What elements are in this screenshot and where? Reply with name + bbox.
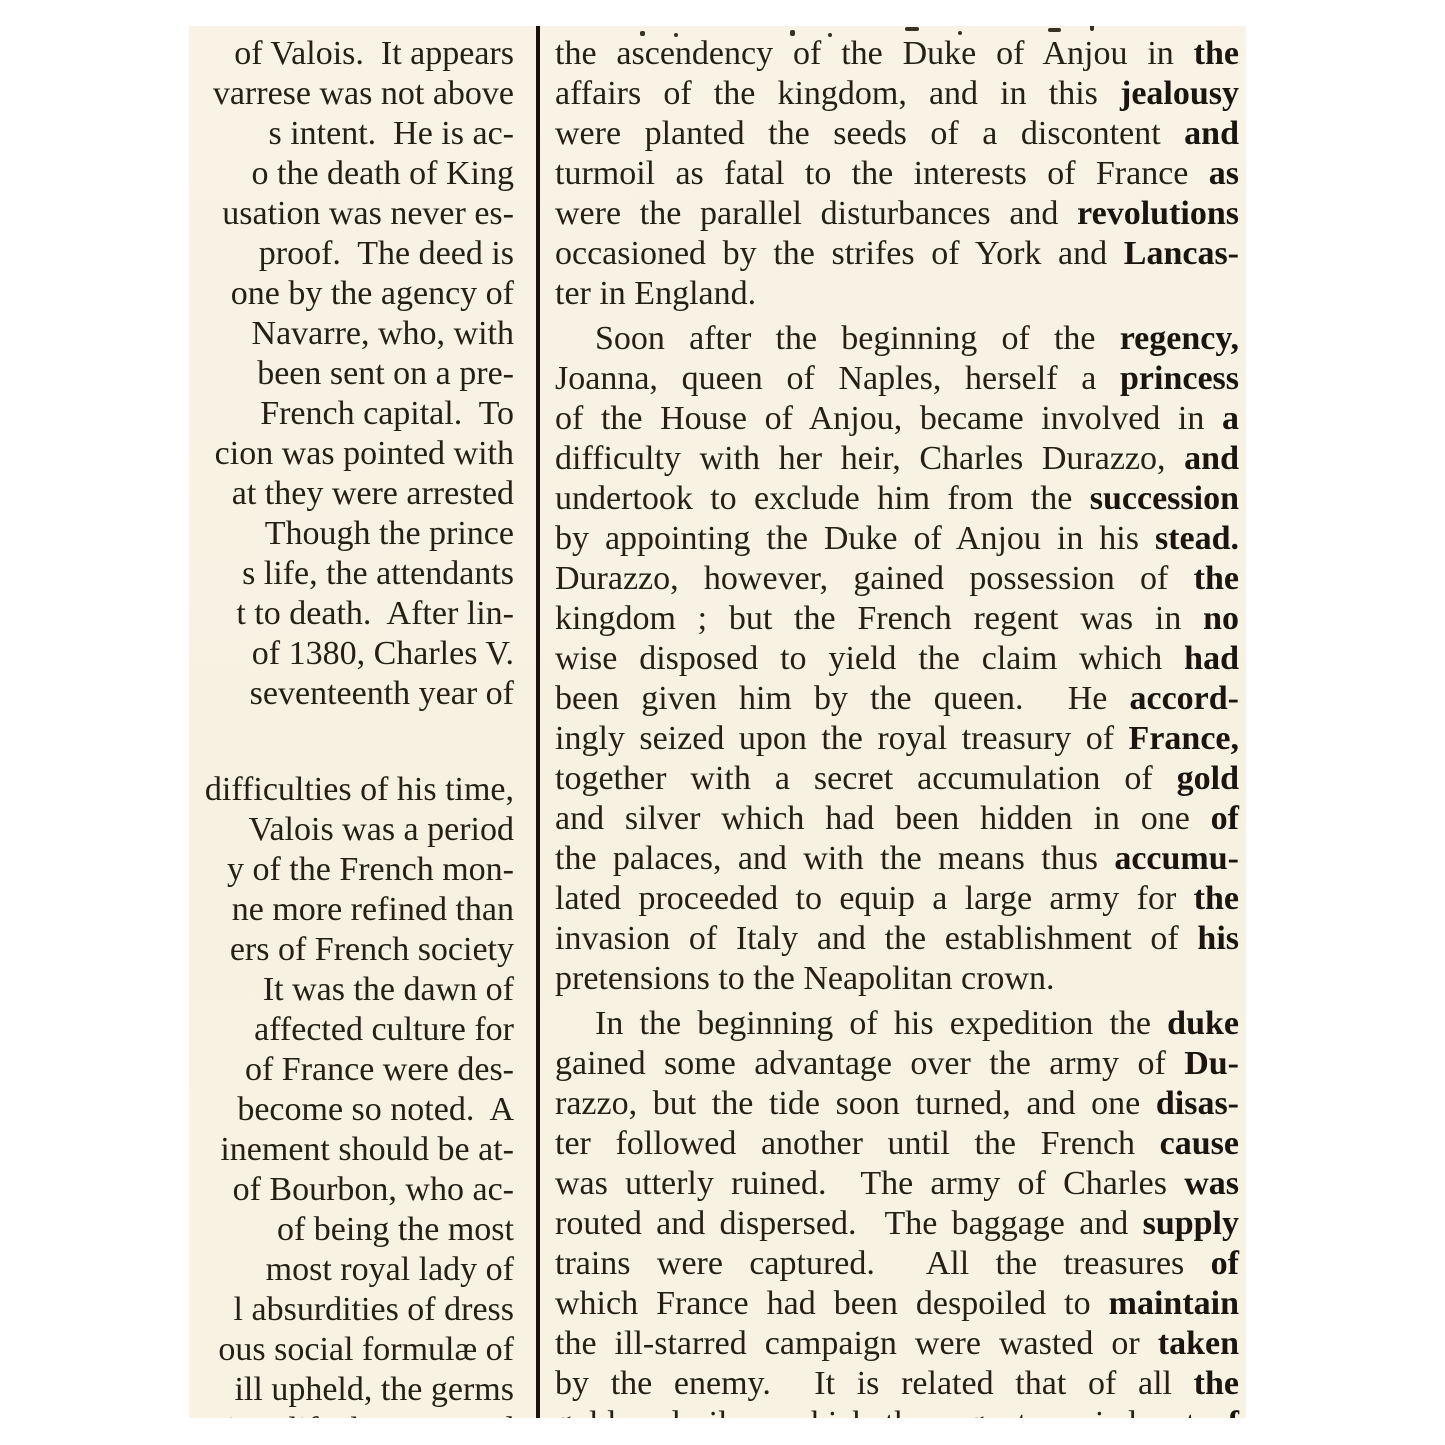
text-line: turmoil as fatal to the interests of Fra…	[555, 154, 1239, 194]
stray-ink-mark	[674, 33, 678, 37]
text-line: ous social formulæ of	[189, 1330, 516, 1370]
text-line: ne more refined than	[189, 890, 516, 930]
text-line: usation was never es-	[189, 194, 516, 234]
text-line: and silver which had been hidden in one …	[555, 799, 1239, 839]
text-line: s life, the attendants	[189, 554, 516, 594]
text-line: It was the dawn of	[189, 970, 516, 1010]
text-line: been sent on a pre-	[189, 354, 516, 394]
text-line: were the parallel disturbances and revol…	[555, 194, 1239, 234]
text-line: difficulty with her heir, Charles Durazz…	[555, 439, 1239, 479]
stray-ink-mark	[1048, 28, 1061, 32]
text-line: Navarre, who, with	[189, 314, 516, 354]
text-line: lated proceeded to equip a large army fo…	[555, 879, 1239, 919]
column-divider-rule	[536, 26, 540, 1418]
text-line: Though the prince	[189, 514, 516, 554]
text-line: of Bourbon, who ac-	[189, 1170, 516, 1210]
text-line: been given him by the queen. He accord-	[555, 679, 1239, 719]
stray-ink-mark	[905, 27, 919, 31]
clipped-text-line: into life, have passed	[189, 1410, 516, 1418]
text-line: of Valois. It appears	[189, 34, 516, 74]
right-text-column: the ascendency of the Duke of Anjou in t…	[555, 34, 1239, 1418]
clipped-text-line: gold and silver which the regent carried…	[555, 1404, 1239, 1418]
text-line: most royal lady of	[189, 1250, 516, 1290]
paragraph: Soon after the beginning of the regency,…	[555, 319, 1239, 999]
text-line: Joanna, queen of Naples, herself a princ…	[555, 359, 1239, 399]
text-line: ter followed another until the French ca…	[555, 1124, 1239, 1164]
text-line: of being the most	[189, 1210, 516, 1250]
text-line: occasioned by the strifes of York and La…	[555, 234, 1239, 274]
text-line: ter in England.	[555, 274, 1239, 314]
stray-ink-mark	[790, 30, 795, 36]
text-line: trains were captured. All the treasures …	[555, 1244, 1239, 1284]
text-line: affairs of the kingdom, and in this jeal…	[555, 74, 1239, 114]
text-line: ers of French society	[189, 930, 516, 970]
text-line: the palaces, and with the means thus acc…	[555, 839, 1239, 879]
text-line: ingly seized upon the royal treasury of …	[555, 719, 1239, 759]
text-line: of the House of Anjou, became involved i…	[555, 399, 1239, 439]
text-line: the ill-starred campaign were wasted or …	[555, 1324, 1239, 1364]
text-line: by appointing the Duke of Anjou in his s…	[555, 519, 1239, 559]
text-line: which France had been despoiled to maint…	[555, 1284, 1239, 1324]
text-line: by the enemy. It is related that of all …	[555, 1364, 1239, 1404]
text-line: difficulties of his time,	[189, 770, 516, 810]
text-line: kingdom ; but the French regent was in n…	[555, 599, 1239, 639]
stray-ink-mark	[828, 33, 832, 37]
text-line: razzo, but the tide soon turned, and one…	[555, 1084, 1239, 1124]
text-line: was utterly ruined. The army of Charles …	[555, 1164, 1239, 1204]
text-line: the ascendency of the Duke of Anjou in t…	[555, 34, 1239, 74]
text-line: Soon after the beginning of the regency,	[555, 319, 1239, 359]
text-line: one by the agency of	[189, 274, 516, 314]
text-line: o the death of King	[189, 154, 516, 194]
text-line: of France were des-	[189, 1050, 516, 1090]
text-line: varrese was not above	[189, 74, 516, 114]
text-line: Valois was a period	[189, 810, 516, 850]
text-line: gained some advantage over the army of D…	[555, 1044, 1239, 1084]
text-line: French capital. To	[189, 394, 516, 434]
text-line: l absurdities of dress	[189, 1290, 516, 1330]
paragraph-gap	[189, 714, 516, 770]
text-line: become so noted. A	[189, 1090, 516, 1130]
text-line: pretensions to the Neapolitan crown.	[555, 959, 1239, 999]
scan-background: of Valois. It appearsvarrese was not abo…	[0, 0, 1445, 1445]
text-line: In the beginning of his expedition the d…	[555, 1004, 1239, 1044]
book-page-scan: of Valois. It appearsvarrese was not abo…	[189, 26, 1246, 1418]
text-line: invasion of Italy and the establishment …	[555, 919, 1239, 959]
text-line: t to death. After lin-	[189, 594, 516, 634]
stray-ink-mark	[640, 31, 645, 36]
text-line: cion was pointed with	[189, 434, 516, 474]
text-line: wise disposed to yield the claim which h…	[555, 639, 1239, 679]
text-line: together with a secret accumulation of g…	[555, 759, 1239, 799]
text-line: were planted the seeds of a discontent a…	[555, 114, 1239, 154]
paragraph: the ascendency of the Duke of Anjou in t…	[555, 34, 1239, 314]
text-line: undertook to exclude him from the succes…	[555, 479, 1239, 519]
paragraph: In the beginning of his expedition the d…	[555, 1004, 1239, 1418]
text-line: at they were arrested	[189, 474, 516, 514]
text-line: seventeenth year of	[189, 674, 516, 714]
text-line: routed and dispersed. The baggage and su…	[555, 1204, 1239, 1244]
left-text-column: of Valois. It appearsvarrese was not abo…	[189, 34, 516, 1418]
text-line: s intent. He is ac-	[189, 114, 516, 154]
text-line: y of the French mon-	[189, 850, 516, 890]
stray-ink-mark	[1090, 26, 1094, 31]
text-line: affected culture for	[189, 1010, 516, 1050]
text-line: ill upheld, the germs	[189, 1370, 516, 1410]
text-line: Durazzo, however, gained possession of t…	[555, 559, 1239, 599]
text-line: proof. The deed is	[189, 234, 516, 274]
text-line: inement should be at-	[189, 1130, 516, 1170]
text-line: of 1380, Charles V.	[189, 634, 516, 674]
stray-ink-mark	[958, 31, 962, 35]
